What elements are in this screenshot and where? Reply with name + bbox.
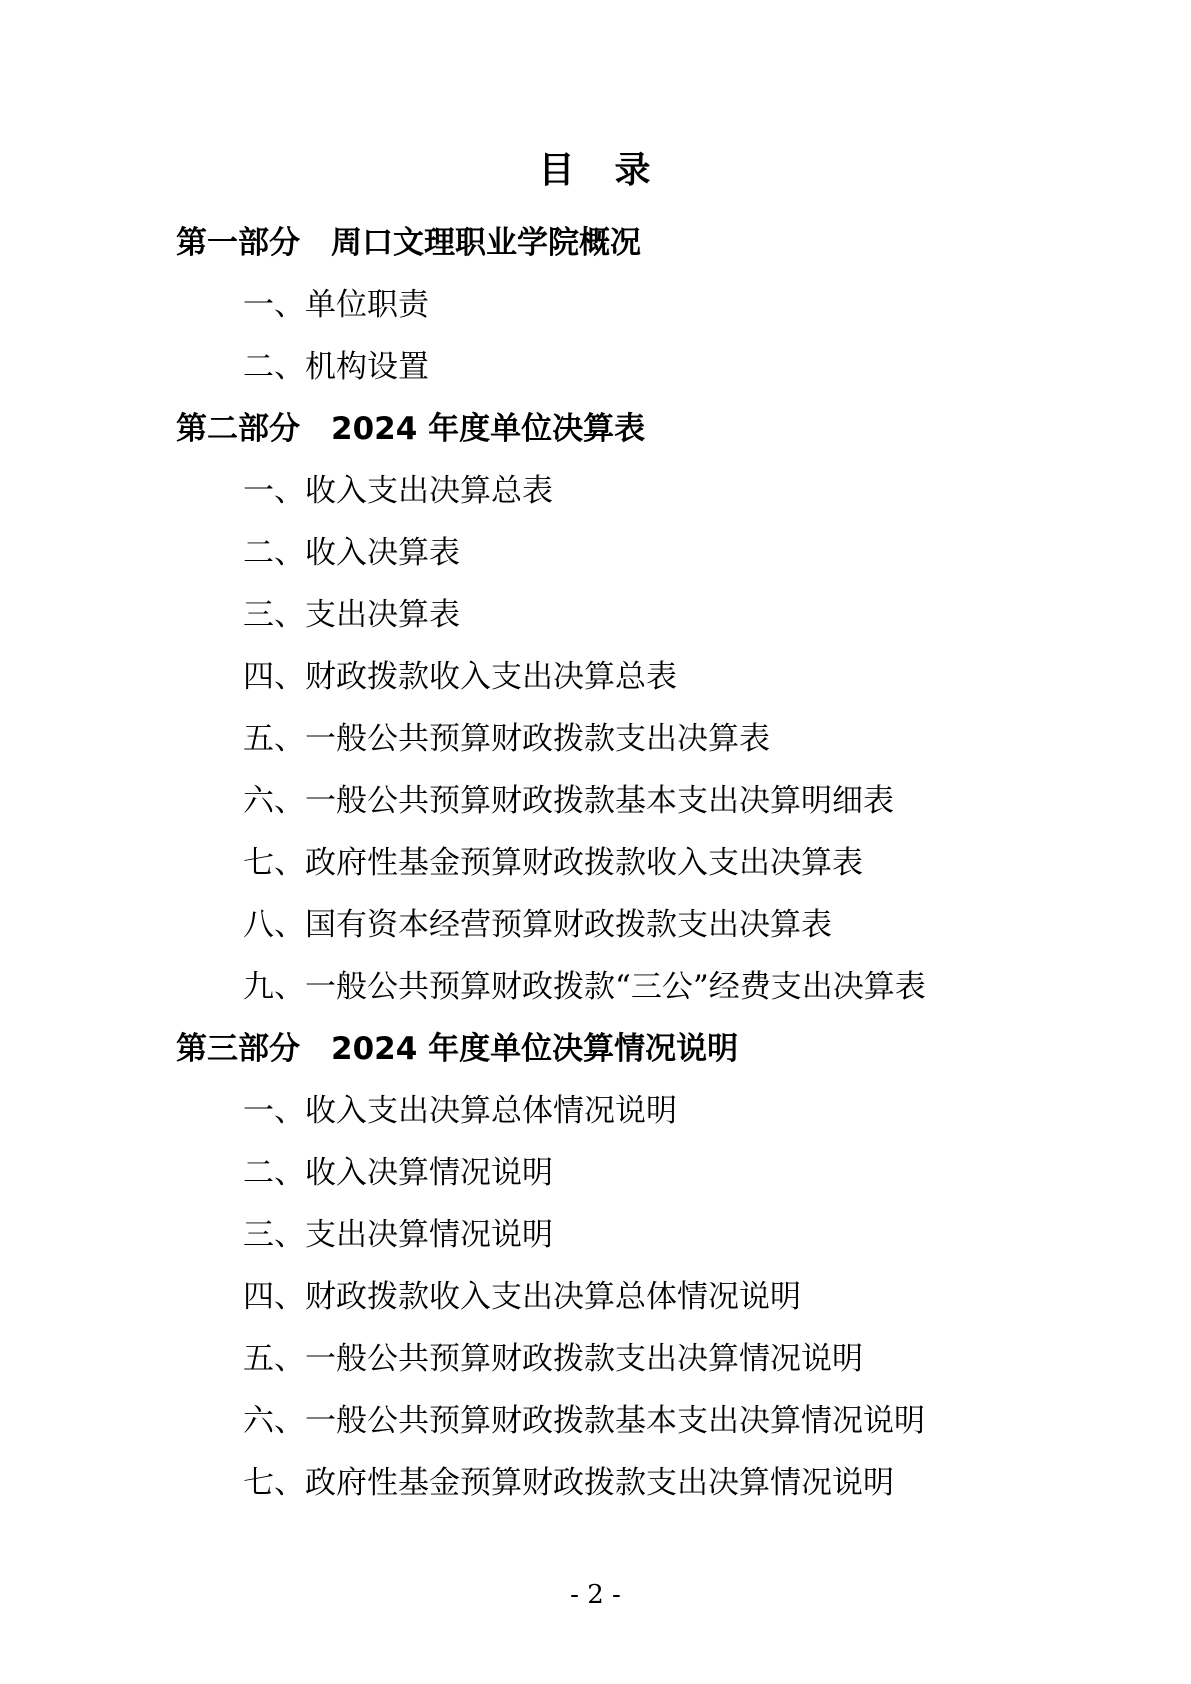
- toc-item: 三、支出决算表: [0, 580, 1191, 642]
- toc-item: 八、国有资本经营预算财政拨款支出决算表: [0, 890, 1191, 952]
- page-number: - 2 -: [0, 1580, 1191, 1610]
- toc-item: 九、一般公共预算财政拨款“三公”经费支出决算表: [0, 952, 1191, 1014]
- toc-item: 四、财政拨款收入支出决算总表: [0, 642, 1191, 704]
- toc-section-heading-3: 第三部分 2024 年度单位决算情况说明: [0, 1014, 1191, 1076]
- toc-item: 一、收入支出决算总表: [0, 456, 1191, 518]
- toc-section-heading-2: 第二部分 2024 年度单位决算表: [0, 394, 1191, 456]
- toc-section-heading-1: 第一部分 周口文理职业学院概况: [0, 208, 1191, 270]
- toc-item: 二、机构设置: [0, 332, 1191, 394]
- toc-item: 七、政府性基金预算财政拨款支出决算情况说明: [0, 1448, 1191, 1510]
- toc-item: 六、一般公共预算财政拨款基本支出决算情况说明: [0, 1386, 1191, 1448]
- toc-item: 五、一般公共预算财政拨款支出决算情况说明: [0, 1324, 1191, 1386]
- toc-item: 三、支出决算情况说明: [0, 1200, 1191, 1262]
- toc-item: 一、收入支出决算总体情况说明: [0, 1076, 1191, 1138]
- document-page: 目 录 第一部分 周口文理职业学院概况 一、单位职责 二、机构设置 第二部分 2…: [0, 0, 1191, 1684]
- table-of-contents: 第一部分 周口文理职业学院概况 一、单位职责 二、机构设置 第二部分 2024 …: [0, 208, 1191, 1510]
- toc-item: 四、财政拨款收入支出决算总体情况说明: [0, 1262, 1191, 1324]
- toc-item: 七、政府性基金预算财政拨款收入支出决算表: [0, 828, 1191, 890]
- page-title: 目 录: [0, 146, 1191, 194]
- toc-item: 六、一般公共预算财政拨款基本支出决算明细表: [0, 766, 1191, 828]
- toc-item: 一、单位职责: [0, 270, 1191, 332]
- toc-item: 二、收入决算情况说明: [0, 1138, 1191, 1200]
- toc-item: 五、一般公共预算财政拨款支出决算表: [0, 704, 1191, 766]
- toc-item: 二、收入决算表: [0, 518, 1191, 580]
